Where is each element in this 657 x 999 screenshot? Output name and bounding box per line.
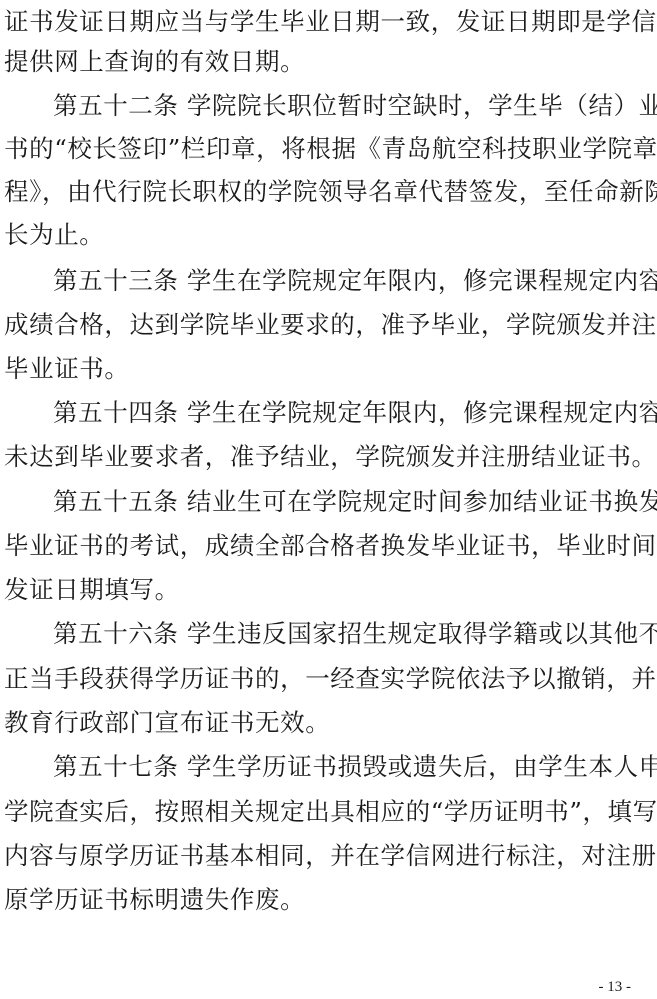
text-line: 毕业证书。 — [4, 354, 130, 384]
text-line: 教育行政部门宣布证书无效。 — [4, 708, 330, 738]
text-line: 程》，由代行院长职权的学院领导名章代替签发，至任命新院 — [4, 177, 657, 207]
text-line: 长为止。 — [4, 220, 104, 250]
text-line: 正当手段获得学历证书的，一经查实学院依法予以撤销，并报 — [4, 664, 657, 694]
article-55-heading-line: 第五十五条 结业生可在学院规定时间参加结业证书换发 — [53, 487, 657, 517]
article-56-heading-line: 第五十六条 学生违反国家招生规定取得学籍或以其他不 — [53, 619, 657, 649]
article-52-heading-line: 第五十二条 学院院长职位暂时空缺时，学生毕（结）业证 — [53, 91, 657, 121]
document-page: 证书发证日期应当与学生毕业日期一致，发证日期即是学信网 提供网上查询的有效日期。… — [0, 0, 657, 999]
text-line: 成绩合格，达到学院毕业要求的，准予毕业，学院颁发并注册 — [4, 310, 657, 340]
article-54-heading-line: 第五十四条 学生在学院规定年限内，修完课程规定内容， — [53, 398, 657, 428]
page-number: - 13 - — [599, 978, 632, 996]
text-line: 书的“校长签印”栏印章，将根据《青岛航空科技职业学院章 — [4, 134, 657, 164]
text-line: 发证日期填写。 — [4, 575, 180, 605]
article-53-heading-line: 第五十三条 学生在学院规定年限内，修完课程规定内容， — [53, 266, 657, 296]
text-line: 学院查实后，按照相关规定出具相应的“学历证明书”，填写 — [4, 797, 657, 827]
text-line: 原学历证书标明遗失作废。 — [4, 885, 305, 915]
text-line: 未达到毕业要求者，准予结业，学院颁发并注册结业证书。 — [4, 442, 657, 472]
text-line: 提供网上查询的有效日期。 — [4, 47, 305, 77]
article-57-heading-line: 第五十七条 学生学历证书损毁或遗失后，由学生本人申请， — [53, 752, 657, 782]
text-line: 毕业证书的考试，成绩全部合格者换发毕业证书，毕业时间按 — [4, 531, 657, 561]
text-line: 证书发证日期应当与学生毕业日期一致，发证日期即是学信网 — [4, 7, 657, 37]
text-line: 内容与原学历证书基本相同，并在学信网进行标注，对注册的 — [4, 841, 657, 871]
